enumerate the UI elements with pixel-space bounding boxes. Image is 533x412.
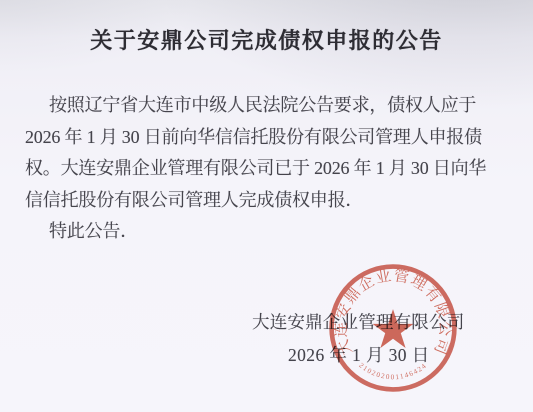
company-seal-stamp: 大连安鼎企业管理有限公司 210202001146424 (328, 263, 458, 393)
scanned-notice-page: 关于安鼎公司完成债权申报的公告 按照辽宁省大连市中级人民法院公告要求，债权人应于… (0, 0, 533, 412)
body-line: 权。大连安鼎企业管理有限公司已于 2026 年 1 月 30 日向华 (25, 153, 486, 185)
body-line: 2026 年 1 月 30 日前向华信信托股份有限公司管理人申报债 (25, 122, 486, 154)
star-icon (373, 309, 414, 348)
body-line: 信信托股份有限公司管理人完成债权申报． (25, 185, 486, 217)
body-line-hereby-announced: 特此公告． (25, 216, 486, 248)
body-line: 按照辽宁省大连市中级人民法院公告要求，债权人应于 (25, 90, 486, 122)
notice-body: 按照辽宁省大连市中级人民法院公告要求，债权人应于 2026 年 1 月 30 日… (25, 90, 486, 248)
notice-title: 关于安鼎公司完成债权申报的公告 (0, 24, 533, 55)
seal-serial-number: 210202001146424 (357, 361, 428, 381)
